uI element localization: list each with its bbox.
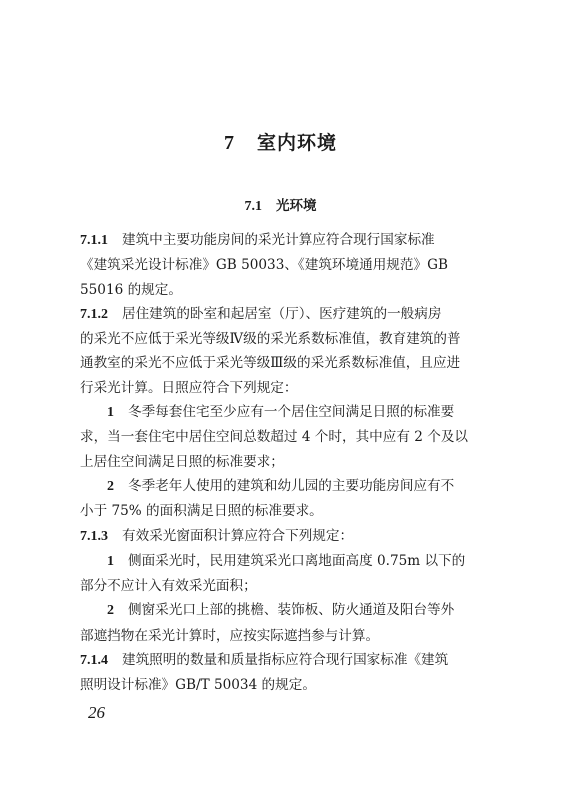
item-text: 侧窗采光口上部的挑檐、装饰板、防火通道及阳台等外 xyxy=(128,602,454,618)
clause-7-1-4: 7.1.4建筑照明的数量和质量指标应符合现行国家标准《建筑 照明设计标准》GB/… xyxy=(80,648,485,698)
item-text: 侧面采光时，民用建筑采光口离地面高度 0.75m 以下的 xyxy=(128,553,465,569)
item-text: 部分不应计入有效采光面积； xyxy=(80,574,257,598)
clause-text: 行采光计算。日照应符合下列规定： xyxy=(80,376,298,400)
clause-text: 通教室的采光不应低于采光等级Ⅲ级的采光系数标准值，且应进 xyxy=(80,351,460,375)
clause-number: 7.1.1 xyxy=(80,233,108,248)
item-text: 部遮挡物在采光计算时，应按实际遮挡参与计算。 xyxy=(80,624,379,648)
clause-7-1-1: 7.1.1建筑中主要功能房间的采光计算应符合现行国家标准 《建筑采光设计标准》G… xyxy=(80,228,485,302)
item-number: 2 xyxy=(107,479,114,494)
item-number: 1 xyxy=(107,405,114,420)
clause-text: 居住建筑的卧室和起居室（厅）、医疗建筑的一般病房 xyxy=(122,306,441,322)
item-text: 求，当一套住宅中居住空间总数超过 4 个时，其中应有 2 个及以 xyxy=(80,425,468,449)
item-text: 冬季每套住宅至少应有一个居住空间满足日照的标准要 xyxy=(128,404,454,420)
section-heading: 7.1光环境 xyxy=(0,194,561,215)
item-number: 1 xyxy=(107,554,114,569)
section-number: 7.1 xyxy=(245,199,263,214)
chapter-title: 室内环境 xyxy=(257,132,337,154)
clause-7-1-3: 7.1.3有效采光窗面积计算应符合下列规定： 1侧面采光时，民用建筑采光口离地面… xyxy=(80,524,485,648)
section-title: 光环境 xyxy=(276,198,317,214)
document-body: 7.1.1建筑中主要功能房间的采光计算应符合现行国家标准 《建筑采光设计标准》G… xyxy=(80,228,485,698)
clause-number: 7.1.3 xyxy=(80,529,108,544)
clause-text: 建筑照明的数量和质量指标应符合现行国家标准《建筑 xyxy=(122,652,448,668)
clause-text: 《建筑采光设计标准》GB 50033、《建筑环境通用规范》GB xyxy=(80,253,448,277)
clause-text: 照明设计标准》GB/T 50034 的规定。 xyxy=(80,673,316,697)
item-text: 上居住空间满足日照的标准要求； xyxy=(80,450,284,474)
page-number: 26 xyxy=(88,703,105,723)
chapter-heading: 7室内环境 xyxy=(0,128,561,155)
clause-text: 的采光不应低于采光等级Ⅳ级的采光系数标准值，教育建筑的普 xyxy=(80,327,461,351)
item-text: 冬季老年人使用的建筑和幼儿园的主要功能房间应有不 xyxy=(128,478,454,494)
clause-text: 有效采光窗面积计算应符合下列规定： xyxy=(122,528,353,544)
item-text: 小于 75% 的面积满足日照的标准要求。 xyxy=(80,499,323,523)
clause-text: 建筑中主要功能房间的采光计算应符合现行国家标准 xyxy=(122,232,435,248)
clause-number: 7.1.4 xyxy=(80,653,108,668)
clause-number: 7.1.2 xyxy=(80,307,108,322)
clause-text: 55016 的规定。 xyxy=(80,278,182,302)
item-number: 2 xyxy=(107,603,114,618)
clause-7-1-2: 7.1.2居住建筑的卧室和起居室（厅）、医疗建筑的一般病房 的采光不应低于采光等… xyxy=(80,302,485,524)
chapter-number: 7 xyxy=(224,132,235,154)
